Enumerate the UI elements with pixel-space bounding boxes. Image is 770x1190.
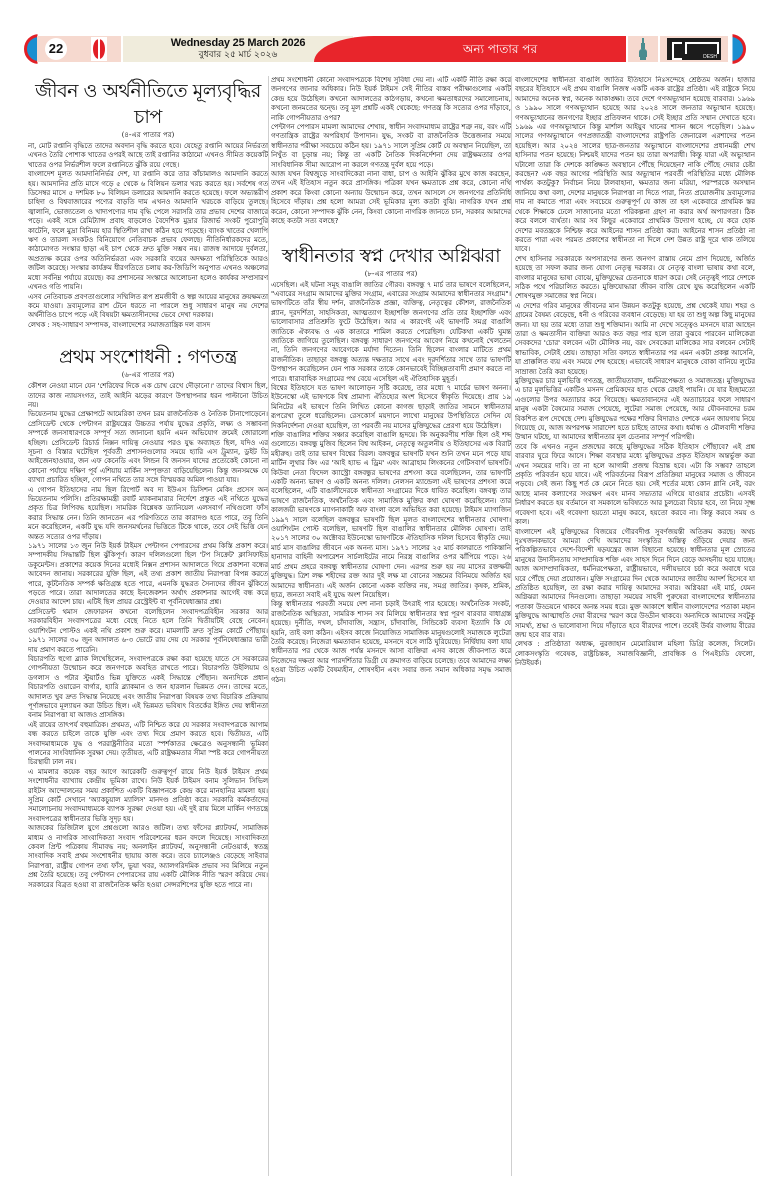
article-paragraph: ভিয়েতনাম যুদ্ধের প্রেক্ষাপটে আমেরিকা তখ… xyxy=(28,410,268,485)
brand-logo-icon: DESH xyxy=(667,38,721,60)
article-first-amendment-continued: প্রথম সংশোধনী কোনো সংবাদপত্রকে বিশেষ সুব… xyxy=(271,76,511,227)
article-headline: জীবন ও অর্থনীতিতে মূল্যবৃদ্ধির চাপ xyxy=(28,78,268,130)
article-independence-dream-continued: বাংলাদেশের স্বাধীনতা বাঙালি জাতির ইতিহাস… xyxy=(515,76,755,669)
brand-logo-subtext: DESH xyxy=(703,54,717,60)
statue-of-liberty-box xyxy=(628,36,658,62)
brand-logo-box: DESH xyxy=(660,36,728,62)
page-header: 22 Wednesday 25 March 2026 বুধবার ২৫ মার… xyxy=(24,36,746,62)
article-paragraph: ১৯৭১ সালের ১৩ জুন নিউ ইয়র্ক টাইমস পেন্ট… xyxy=(28,542,268,608)
section-title: অন্য পাতার পর xyxy=(374,41,626,61)
column-3: বাংলাদেশের স্বাধীনতা বাঙালি জাতির ইতিহাস… xyxy=(515,76,755,1182)
article-paragraph: আজ যখন বিশ্বজুড়ে সাংবাদিকেরা নানা বাধা,… xyxy=(271,170,511,226)
article-paragraph: বিচারপতি হুগো ব্ল্যাক লিখেছিলেন, সংবাদপত… xyxy=(28,655,268,721)
author-byline: লেখক : প্রতিষ্ঠাতা অধ্যক্ষ, নুরজাহান মেম… xyxy=(515,640,755,668)
date-english: Wednesday 25 March 2026 xyxy=(123,36,353,50)
article-paragraph: না, মোট রপ্তানি বৃদ্ধিতে তাদের অবদান বৃদ… xyxy=(28,142,268,170)
article-paragraph: আজকের ডিজিটাল যুগে প্রশ্নগুলো আরও জটিল। … xyxy=(28,824,268,890)
newspaper-emblem-icon xyxy=(91,37,107,61)
article-paragraph: শক্তি বাঙালির শক্তির সঞ্চার করেছিল বাঙাল… xyxy=(271,431,511,544)
continued-from-label: (৮-এর পাতার পর) xyxy=(271,269,511,279)
column-2: প্রথম সংশোধনী কোনো সংবাদপত্রকে বিশেষ সুব… xyxy=(271,76,511,1182)
article-paragraph: এসব নেতিবাচক প্রবণতাগুলোর সম্মিলিত রূপ শ… xyxy=(28,293,268,321)
article-paragraph: বাংলাদেশ এই মুক্তিযুদ্ধের বিজয়ের গৌরবদী… xyxy=(515,528,755,641)
article-paragraph: প্রেসিডেন্ট থমাস জেফারসন কখনো বলেছিলেন স… xyxy=(28,608,268,655)
article-paragraph: বাংলাদেশ মূলত আমদানিনির্ভর দেশ, যা রপ্তা… xyxy=(28,170,268,292)
article-paragraph: কৌশল নেওয়া মানে যেন 'শেরিফের দিকে এক চো… xyxy=(28,382,268,410)
continued-from-label: (৬-এর পাতার পর) xyxy=(28,370,268,380)
article-headline: প্রথম সংশোধনী : গণতন্ত্র xyxy=(28,344,268,370)
column-1: জীবন ও অর্থনীতিতে মূল্যবৃদ্ধির চাপ (৪-এর… xyxy=(28,76,268,1182)
article-paragraph: এই রায়ের তাৎপর্য বহুমাত্রিক। প্রথমত, এট… xyxy=(28,721,268,768)
article-paragraph: কিন্তু স্বাধীনতার পরবর্তী সময়ে দেশ নানা… xyxy=(271,600,511,685)
article-paragraph: এ দেশের গরিব মানুষের জীবনের মান উন্নয়ন … xyxy=(515,302,755,377)
article-paragraph: বিশ্বের ইতিহাসে যত ভাষণ আলোড়ন সৃষ্টি কর… xyxy=(271,384,511,431)
article-paragraph: মুক্তিযুদ্ধের চার মূলভিত্তি গণতন্ত্র, জা… xyxy=(515,377,755,443)
article-first-amendment: প্রথম সংশোধনী : গণতন্ত্র (৬-এর পাতার পর)… xyxy=(28,344,268,890)
column-divider xyxy=(511,76,512,1176)
continued-from-label: (৪-এর পাতার পর) xyxy=(28,130,268,140)
section-banner: অন্য পাতার পর xyxy=(314,36,626,62)
article-paragraph: প্রথম সংশোধনী কোনো সংবাদপত্রকে বিশেষ সুব… xyxy=(271,76,511,123)
page-number-box: 22 xyxy=(37,36,121,62)
article-paragraph: তবে কি এখনও নতুন প্রজন্মের কাছে মুক্তিযু… xyxy=(515,443,755,528)
article-price-pressure: জীবন ও অর্থনীতিতে মূল্যবৃদ্ধির চাপ (৪-এর… xyxy=(28,78,268,330)
article-independence-dream: স্বাধীনতার স্বপ্ন দেখার অগ্নিঝরা (৮-এর প… xyxy=(271,243,511,685)
article-paragraph: পেন্টাগন পেপারস মামলা আমাদের শেখায়, স্ব… xyxy=(271,123,511,170)
article-paragraph: মার্চ মাস বাঙালির জীবনে এক অনন্য মাস। ১৯… xyxy=(271,544,511,600)
article-paragraph: এ মামলার কয়েক বছর আগে আরেকটি গুরুত্বপূর… xyxy=(28,768,268,824)
article-paragraph: এসেছিল। এই ঘটনা সমূহ বাঙালি জাতির গৌরব। … xyxy=(271,281,511,384)
page-number: 22 xyxy=(45,38,67,60)
article-headline: স্বাধীনতার স্বপ্ন দেখার অগ্নিঝরা xyxy=(271,243,511,269)
article-paragraph: শেখ হাসিনার সরকারকে অপসারণের জন্য জনগণ র… xyxy=(515,255,755,302)
statue-of-liberty-icon xyxy=(639,38,647,60)
author-byline: লেখক : সহ-সাধারণ সম্পাদক, বাংলাদেশের সমা… xyxy=(28,321,268,330)
column-divider xyxy=(268,76,269,1176)
article-paragraph: বাংলাদেশের স্বাধীনতা বাঙালি জাতির ইতিহাস… xyxy=(515,76,755,255)
article-paragraph: এ গোপন ইতিহাসের নাম ছিল রিপোর্ট অব দ্য ই… xyxy=(28,486,268,542)
